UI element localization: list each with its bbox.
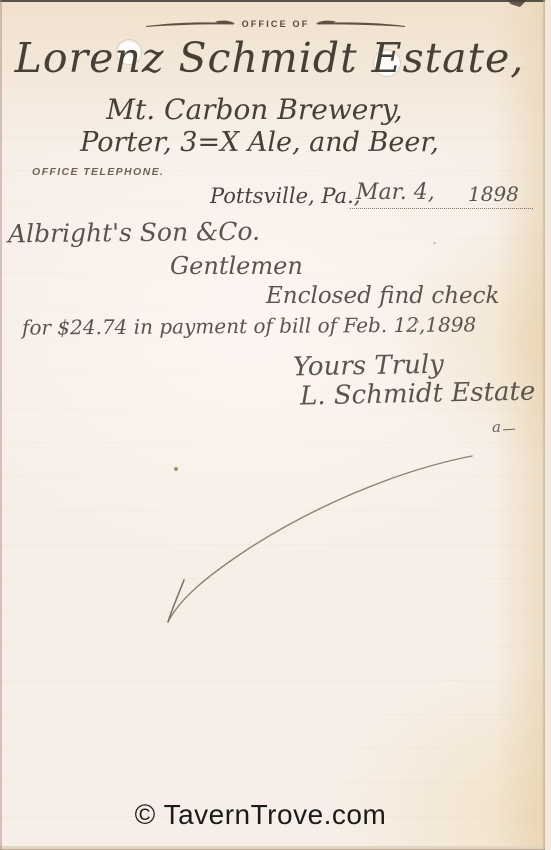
stray-pencil-dash (503, 429, 515, 431)
office-telephone-label: OFFICE TELEPHONE. (32, 166, 164, 178)
paper-corner-notch (507, 0, 527, 7)
scanned-letter-page: OFFICE OF Lorenz Schmidt Estate, Mt. Car… (0, 0, 551, 850)
flourish-left-icon (145, 18, 237, 30)
watermark-text: © TavernTrove.com (0, 799, 536, 831)
pen-flourish-stroke (150, 443, 490, 638)
body-line-1: Enclosed find check (266, 283, 499, 309)
scan-edge-top (0, 0, 551, 2)
paper-speck (416, 320, 419, 323)
recipient-line: Albright's Son &Co. (8, 217, 260, 249)
city-state-printed: Pottsville, Pa., (210, 184, 360, 208)
scan-edge-bottom (0, 846, 551, 850)
closing-line: Yours Truly (293, 350, 444, 383)
flourish-right-icon (314, 18, 406, 30)
brewery-name: Mt. Carbon Brewery, (0, 93, 530, 126)
handwritten-date-year: 1898 (468, 182, 519, 206)
office-of-label: OFFICE OF (242, 19, 310, 29)
products-line: Porter, 3=X Ale, and Beer, (0, 127, 535, 158)
scan-edge-right (542, 0, 551, 850)
paper-speck (433, 242, 436, 244)
salutation: Gentlemen (170, 252, 303, 280)
handwritten-date-month: Mar. 4, (356, 180, 435, 205)
stray-pencil-mark: a (492, 418, 501, 436)
office-of-banner: OFFICE OF (0, 18, 551, 30)
body-line-2: for $24.74 in payment of bill of Feb. 12… (22, 312, 476, 339)
signature-line: L. Schmidt Estate (300, 377, 536, 412)
ink-spot (174, 467, 178, 471)
company-name: Lorenz Schmidt Estate, (0, 34, 545, 82)
